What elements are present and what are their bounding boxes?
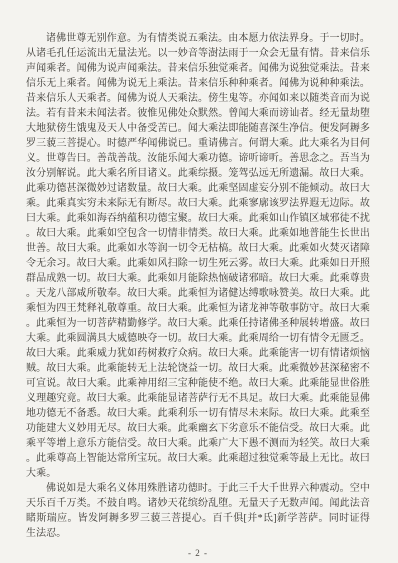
sutra-text: 诸佛世尊无别作意。为有情类说五乘法。由本愿力依法界身。于一切时。从诸毛孔任运流出… xyxy=(26,31,370,541)
scripture-page: 诸佛世尊无别作意。为有情类说五乘法。由本愿力依法界身。于一切时。从诸毛孔任运流出… xyxy=(0,0,398,563)
text-line: 从诸毛孔任运流出无量法光。以一妙音等澍法雨于一众会无量有情。昔来信乐 xyxy=(26,46,370,61)
text-line: 义。世尊告曰。善哉善哉。汝能乐闻大乘功德。谛听谛听。善思念之。吾当为 xyxy=(26,151,370,166)
page-number: - 2 - xyxy=(188,548,208,558)
text-line: 昔来信乐人天乘者。闻佛为说人天乘法。傍生鬼等。亦闻如来以随类音而为说 xyxy=(26,91,370,106)
text-line: 。天龙八部咸所敬奉。故曰大乘。此乘恒为诸健达缚歌咏赞美。故曰大乘。此 xyxy=(26,286,370,301)
text-line: 乘。此乘真实穷未来际无有断尽。故曰大乘。此乘寥廓该罗法界遐无边际。故 xyxy=(26,196,370,211)
text-line: 。此乘尊高上智能达常所宝玩。故曰大乘。此乘超过独觉乘等最上无比。故曰 xyxy=(26,451,370,466)
text-line: 佛说如是大乘名义体用殊胜诸功德时。于此三千大千世界六种震动。空中 xyxy=(26,481,370,496)
text-line: 乘平等增上意乐方能信受。故曰大乘。此乘广大下愚不测而为轻笑。故曰大乘 xyxy=(26,436,370,451)
text-line: 世善。故曰大乘。此乘如水等润一切令无枯槁。故曰大乘。此乘如火焚灭诸障 xyxy=(26,241,370,256)
text-line: 声闻乘者。闻佛为说声闻乘法。昔来信乐独觉乘者。闻佛为说独觉乘法。昔来 xyxy=(26,61,370,76)
text-line: 大乘。 xyxy=(26,466,370,481)
text-line: 大乘。此乘圆满具大威德映夺一切。故曰大乘。此乘周给一切有情令无匮乏。 xyxy=(26,331,370,346)
text-line: 诸佛世尊无别作意。为有情类说五乘法。由本愿力依法界身。于一切时。 xyxy=(26,31,370,46)
text-line: 天乐百千万类。不鼓自鸣。诸妙天花缤纷乱堕。无量天子无数声闻。闻此法音 xyxy=(26,496,370,511)
text-line: 此乘功德甚深微妙过诸数量。故曰大乘。此乘坚固虚妄分别不能倾动。故曰大 xyxy=(26,181,370,196)
text-line: 义理趣究竟。故曰大乘。此乘能显诸菩萨行无不具足。故曰大乘。此乘能显佛 xyxy=(26,391,370,406)
text-line: 。此乘恒为一切菩萨精勤修学。故曰大乘。此乘任持诸佛圣种展转增盛。故曰 xyxy=(26,316,370,331)
text-line: 信乐无上乘者。闻佛为说无上乘法。昔来信乐种种乘者。闻佛为说种种乘法。 xyxy=(26,76,370,91)
paragraph: 佛说如是大乘名义体用殊胜诸功德时。于此三千大千世界六种震动。空中天乐百千万类。不… xyxy=(26,481,370,541)
page-footer: - 2 - xyxy=(26,541,370,563)
text-line: 故曰大乘。此乘威力犹如药树救疗众病。故曰大乘。此乘能害一切有情诸烦恼 xyxy=(26,346,370,361)
text-line: 罗三藐三菩提心。时德严华闻佛说已。重请佛言。何谓大乘。此大乘名为目何 xyxy=(26,136,370,151)
text-line: 法。若有昔来未闻法者。彼惟见佛处众默然。曾闻大乘而谤讪者。经无量劫堕 xyxy=(26,106,370,121)
text-line: 令无余习。故曰大乘。此乘如风扫除一切生死云雾。故曰大乘。此乘如日开照 xyxy=(26,256,370,271)
text-line: 贼。故曰大乘。此乘能转无上法轮饶益一切。故曰大乘。此乘微妙甚深秘密不 xyxy=(26,361,370,376)
text-line: 可宣说。故曰大乘。此乘神用绍三宝种能使不绝。故曰大乘。此乘能显世俗胜 xyxy=(26,376,370,391)
text-line: 生法忍。 xyxy=(26,526,370,541)
text-line: 汝分别解说。此大乘名所目诸义。此乘综摄。笼驾弘远无所遗漏。故曰大乘。 xyxy=(26,166,370,181)
text-line: 睹斯瑞应。皆发阿耨多罗三藐三菩提心。百千俱[并*氐]新学菩萨。同时证得无 xyxy=(26,511,370,526)
text-line: 大地狱傍生饿鬼及天人中备受苦已。闻大乘法即能随喜深生净信。便发阿耨多 xyxy=(26,121,370,136)
text-line: 地功德无不备悉。故曰大乘。此乘利乐一切有情尽未来际。故曰大乘。此乘至 xyxy=(26,406,370,421)
text-line: 群品成熟一切。故曰大乘。此乘如月能除热恼破诸邪暗。故曰大乘。此乘尊贵 xyxy=(26,271,370,286)
text-line: 功能建大义妙用无尽。故曰大乘。此乘幽玄下劣意乐不能信受。故曰大乘。此 xyxy=(26,421,370,436)
text-line: 。故曰大乘。此乘如空包含一切情非情类。故曰大乘。此乘如地普能生长世出 xyxy=(26,226,370,241)
paragraph: 诸佛世尊无别作意。为有情类说五乘法。由本愿力依法界身。于一切时。从诸毛孔任运流出… xyxy=(26,31,370,481)
text-line: 曰大乘。此乘如海吞纳蕴积功德宝聚。故曰大乘。此乘如山作镇区域邪徒不扰 xyxy=(26,211,370,226)
text-line: 乘恒为四王梵释礼敬尊重。故曰大乘。此乘恒为诸龙神等敬事防守。故曰大乘 xyxy=(26,301,370,316)
